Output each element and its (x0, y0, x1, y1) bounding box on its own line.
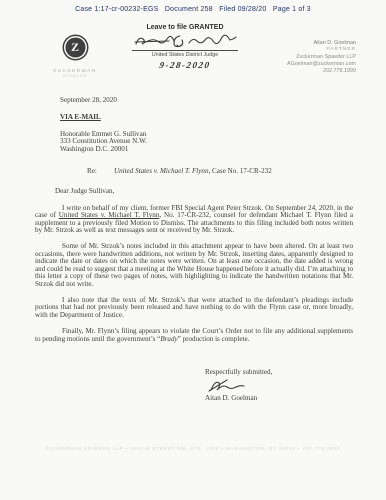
attorney-email: AGoelman@zuckerman.com (287, 61, 356, 68)
logo-firm-subname: SPAEDER (52, 74, 98, 78)
paragraph-2: Some of Mr. Strzok’s notes included in t… (35, 243, 353, 287)
recipient-line: Washington D.C. 20001 (60, 146, 353, 153)
closing-block: Respectfully submitted, Aitan D. Goelman (205, 368, 272, 402)
paragraph-4: Finally, Mr. Flynn’s filing appears to v… (35, 328, 353, 343)
re-line: Re:United States v. Michael T. Flynn, Ca… (87, 168, 353, 175)
attorney-contact-block: Aitan D. Goelman PARTNER Zuckerman Spaed… (287, 40, 356, 76)
attorney-phone: 202.778.1999 (287, 68, 356, 75)
brady-term: Brady (160, 335, 177, 343)
letter-date: September 28, 2020 (60, 97, 353, 104)
closing-phrase: Respectfully submitted, (205, 368, 272, 376)
leave-to-file-stamp: Leave to file GRANTED United States Dist… (130, 24, 240, 70)
logo-firm-name: ZUCKERMAN (52, 68, 98, 73)
stamp-signature-line (132, 50, 238, 51)
stamp-granted-text: Leave to file GRANTED (130, 24, 240, 31)
re-case-number: , Case No. 17-CR-232 (209, 167, 272, 175)
re-case-name: United States v. Michael T. Flynn (114, 167, 209, 175)
signatory-name: Aitan D. Goelman (205, 394, 272, 402)
zuckerman-spaeder-logo: Z ZUCKERMAN SPAEDER (52, 36, 98, 78)
re-label: Re: (87, 168, 114, 175)
letterhead-footer: ZUCKERMAN SPAEDER LLP • 1800 M STREET NW… (0, 446, 386, 451)
pacer-case-header: Case 1:17-cr-00232-EGS Document 258 File… (0, 6, 386, 13)
letter-body: September 28, 2020 VIA E-MAIL Honorable … (35, 97, 353, 343)
scanned-letter-page: Case 1:17-cr-00232-EGS Document 258 File… (0, 0, 386, 500)
logo-z-icon: Z (64, 36, 87, 59)
delivery-method: VIA E-MAIL (60, 114, 353, 121)
handwritten-date: 9-28-2020 (129, 60, 240, 70)
attorney-firm: Zuckerman Spaeder LLP (287, 54, 356, 61)
judge-signature (130, 32, 240, 50)
counsel-signature (207, 378, 249, 393)
paragraph-3: I also note that the texts of Mr. Strzok… (35, 297, 353, 319)
recipient-address: Honorable Emmet G. Sullivan 333 Constitu… (60, 131, 353, 153)
stamp-judge-title: United States District Judge (130, 52, 240, 58)
salutation: Dear Judge Sullivan, (55, 188, 353, 195)
paragraph-1: I write on behalf of my client, former F… (35, 205, 353, 235)
